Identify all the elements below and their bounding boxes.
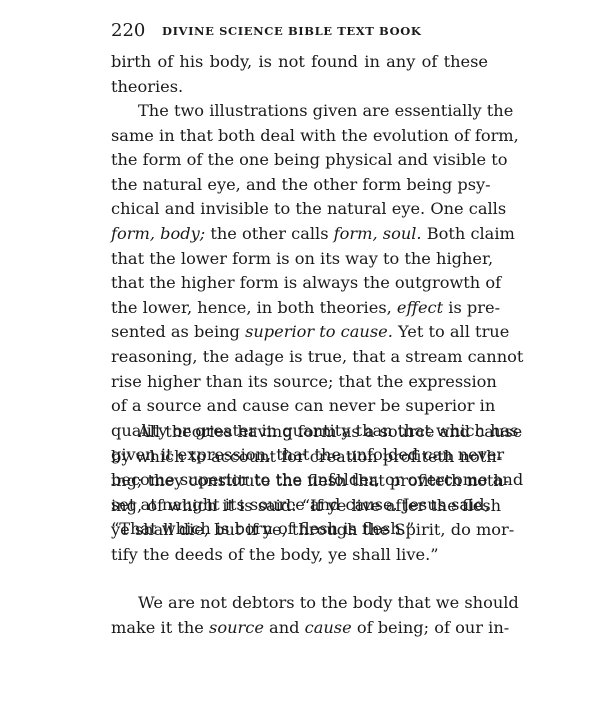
text-run: the lower, hence, in both theories, <box>111 298 397 317</box>
text-line: ing; they constitute the flesh that prof… <box>111 469 488 493</box>
text-line: reasoning, the adage is true, that a str… <box>111 345 488 369</box>
text-run: Yet to all true <box>393 322 509 341</box>
italic-text: form, body; <box>111 224 205 243</box>
text-line: tify the deeds of the body, ye shall liv… <box>111 543 488 567</box>
page-header: 220 DIVINE SCIENCE BIBLE TEXT BOOK <box>111 20 488 44</box>
text-run: Both claim <box>422 224 515 243</box>
text-run: same in that both deal with the evolutio… <box>111 126 519 145</box>
text-line: chical and invisible to the natural eye.… <box>111 197 488 221</box>
text-run: by which to account for creation profite… <box>111 447 502 466</box>
italic-text: source <box>209 618 264 637</box>
text-run: ing, of which it is said: “If ye live af… <box>111 496 501 515</box>
text-run: the natural eye, and the other form bein… <box>111 175 491 194</box>
text-line: the form of the one being physical and v… <box>111 148 488 172</box>
text-line: birth of his body, is not found in any o… <box>111 50 488 74</box>
text-line: theories. <box>111 75 488 99</box>
running-title: DIVINE SCIENCE BIBLE TEXT BOOK <box>162 24 421 38</box>
text-run: All theories having form as a source and… <box>138 422 522 441</box>
text-run: of a source and cause can never be super… <box>111 396 495 415</box>
text-line: that the lower form is on its way to the… <box>111 247 488 271</box>
text-run: that the lower form is on its way to the… <box>111 249 493 268</box>
italic-text: effect <box>397 298 443 317</box>
text-run: that the higher form is always the outgr… <box>111 273 501 292</box>
text-run: is pre- <box>443 298 500 317</box>
text-line: We are not debtors to the body that we s… <box>111 591 488 615</box>
text-run: the other calls <box>205 224 333 243</box>
text-line: ing, of which it is said: “If ye live af… <box>111 494 488 518</box>
text-line: sented as being superior to cause. Yet t… <box>111 320 488 344</box>
text-run: of being; of our in- <box>352 618 510 637</box>
text-run: theories. <box>111 77 183 96</box>
text-run: the form of the one being physical and v… <box>111 150 507 169</box>
page-number: 220 <box>111 20 145 41</box>
text-line: the natural eye, and the other form bein… <box>111 173 488 197</box>
text-run: tify the deeds of the body, ye shall liv… <box>111 545 439 564</box>
text-line: by which to account for creation profite… <box>111 445 488 469</box>
text-run: reasoning, the adage is true, that a str… <box>111 347 523 366</box>
text-run: rise higher than its source; that the ex… <box>111 372 497 391</box>
text-line: of a source and cause can never be super… <box>111 394 488 418</box>
italic-text: superior to cause. <box>245 322 393 341</box>
text-line: make it the source and cause of being; o… <box>111 616 488 640</box>
text-line: ye shall die, but if ye, through the Spi… <box>111 518 488 542</box>
text-line: that the higher form is always the outgr… <box>111 271 488 295</box>
text-run: The two illustrations given are essentia… <box>138 101 513 120</box>
text-line: rise higher than its source; that the ex… <box>111 370 488 394</box>
text-line: same in that both deal with the evolutio… <box>111 124 488 148</box>
text-line: the lower, hence, in both theories, effe… <box>111 296 488 320</box>
text-line: form, body; the other calls form, soul. … <box>111 222 488 246</box>
text-run: sented as being <box>111 322 245 341</box>
text-line: The two illustrations given are essentia… <box>111 99 488 123</box>
text-run: ing; they constitute the flesh that prof… <box>111 471 509 490</box>
text-run: and <box>264 618 305 637</box>
text-run: chical and invisible to the natural eye.… <box>111 199 506 218</box>
text-run: birth of his body, is not found in any o… <box>111 52 488 71</box>
italic-text: cause <box>305 618 352 637</box>
text-run: make it the <box>111 618 209 637</box>
text-run: We are not debtors to the body that we s… <box>138 593 519 612</box>
italic-text: form, soul. <box>334 224 422 243</box>
text-run: ye shall die, but if ye, through the Spi… <box>111 520 514 539</box>
text-line: All theories having form as a source and… <box>111 420 488 444</box>
